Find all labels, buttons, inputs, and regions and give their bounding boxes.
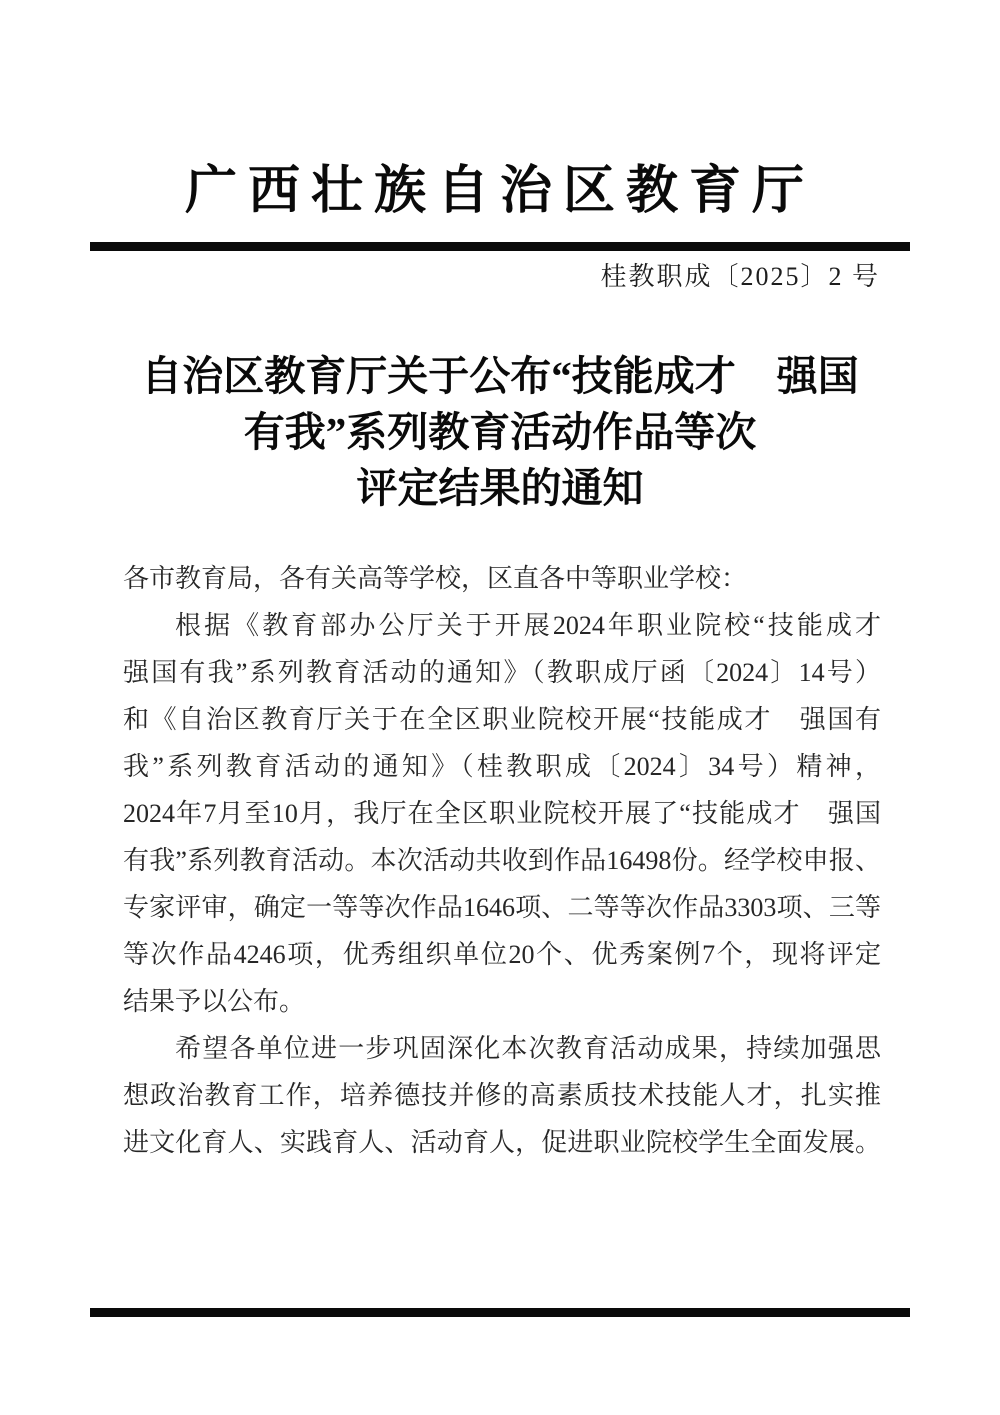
document-number: 桂教职成〔2025〕2 号	[600, 260, 880, 294]
body-line: 根据《教育部办公厅关于开展2024年职业院校“技能成才	[123, 602, 881, 649]
notice-title-line-2: 有我”系列教育活动作品等次	[0, 404, 1000, 460]
notice-body: 各市教育局，各有关高等学校，区直各中等职业学校： 根据《教育部办公厅关于开展20…	[123, 555, 881, 1166]
notice-title: 自治区教育厅关于公布“技能成才 强国 有我”系列教育活动作品等次 评定结果的通知	[0, 348, 1000, 516]
body-line: 我”系列教育活动的通知》（桂教职成〔2024〕34号）精神，	[123, 743, 881, 790]
document-page: 广西壮族自治区教育厅 桂教职成〔2025〕2 号 自治区教育厅关于公布“技能成才…	[0, 0, 1000, 1415]
salutation-line: 各市教育局，各有关高等学校，区直各中等职业学校：	[123, 555, 881, 602]
body-line: 专家评审，确定一等等次作品1646项、二等等次作品3303项、三等	[123, 884, 881, 931]
agency-name: 广西壮族自治区教育厅	[0, 156, 1000, 228]
body-line: 2024年7月至10月，我厅在全区职业院校开展了“技能成才 强国	[123, 790, 881, 837]
body-line: 希望各单位进一步巩固深化本次教育活动成果，持续加强思	[123, 1025, 881, 1072]
notice-title-line-3: 评定结果的通知	[0, 460, 1000, 516]
notice-title-line-1: 自治区教育厅关于公布“技能成才 强国	[0, 348, 1000, 404]
header-double-rule	[90, 242, 910, 251]
body-line: 等次作品4246项，优秀组织单位20个、优秀案例7个，现将评定	[123, 931, 881, 978]
body-line: 强国有我”系列教育活动的通知》（教职成厅函〔2024〕14号）	[123, 649, 881, 696]
body-line: 和《自治区教育厅关于在全区职业院校开展“技能成才 强国有	[123, 696, 881, 743]
body-line: 想政治教育工作，培养德技并修的高素质技术技能人才，扎实推	[123, 1072, 881, 1119]
body-line: 进文化育人、实践育人、活动育人，促进职业院校学生全面发展。	[123, 1119, 881, 1166]
footer-double-rule	[90, 1308, 910, 1317]
body-line: 有我”系列教育活动。本次活动共收到作品16498份。经学校申报、	[123, 837, 881, 884]
body-line: 结果予以公布。	[123, 978, 881, 1025]
